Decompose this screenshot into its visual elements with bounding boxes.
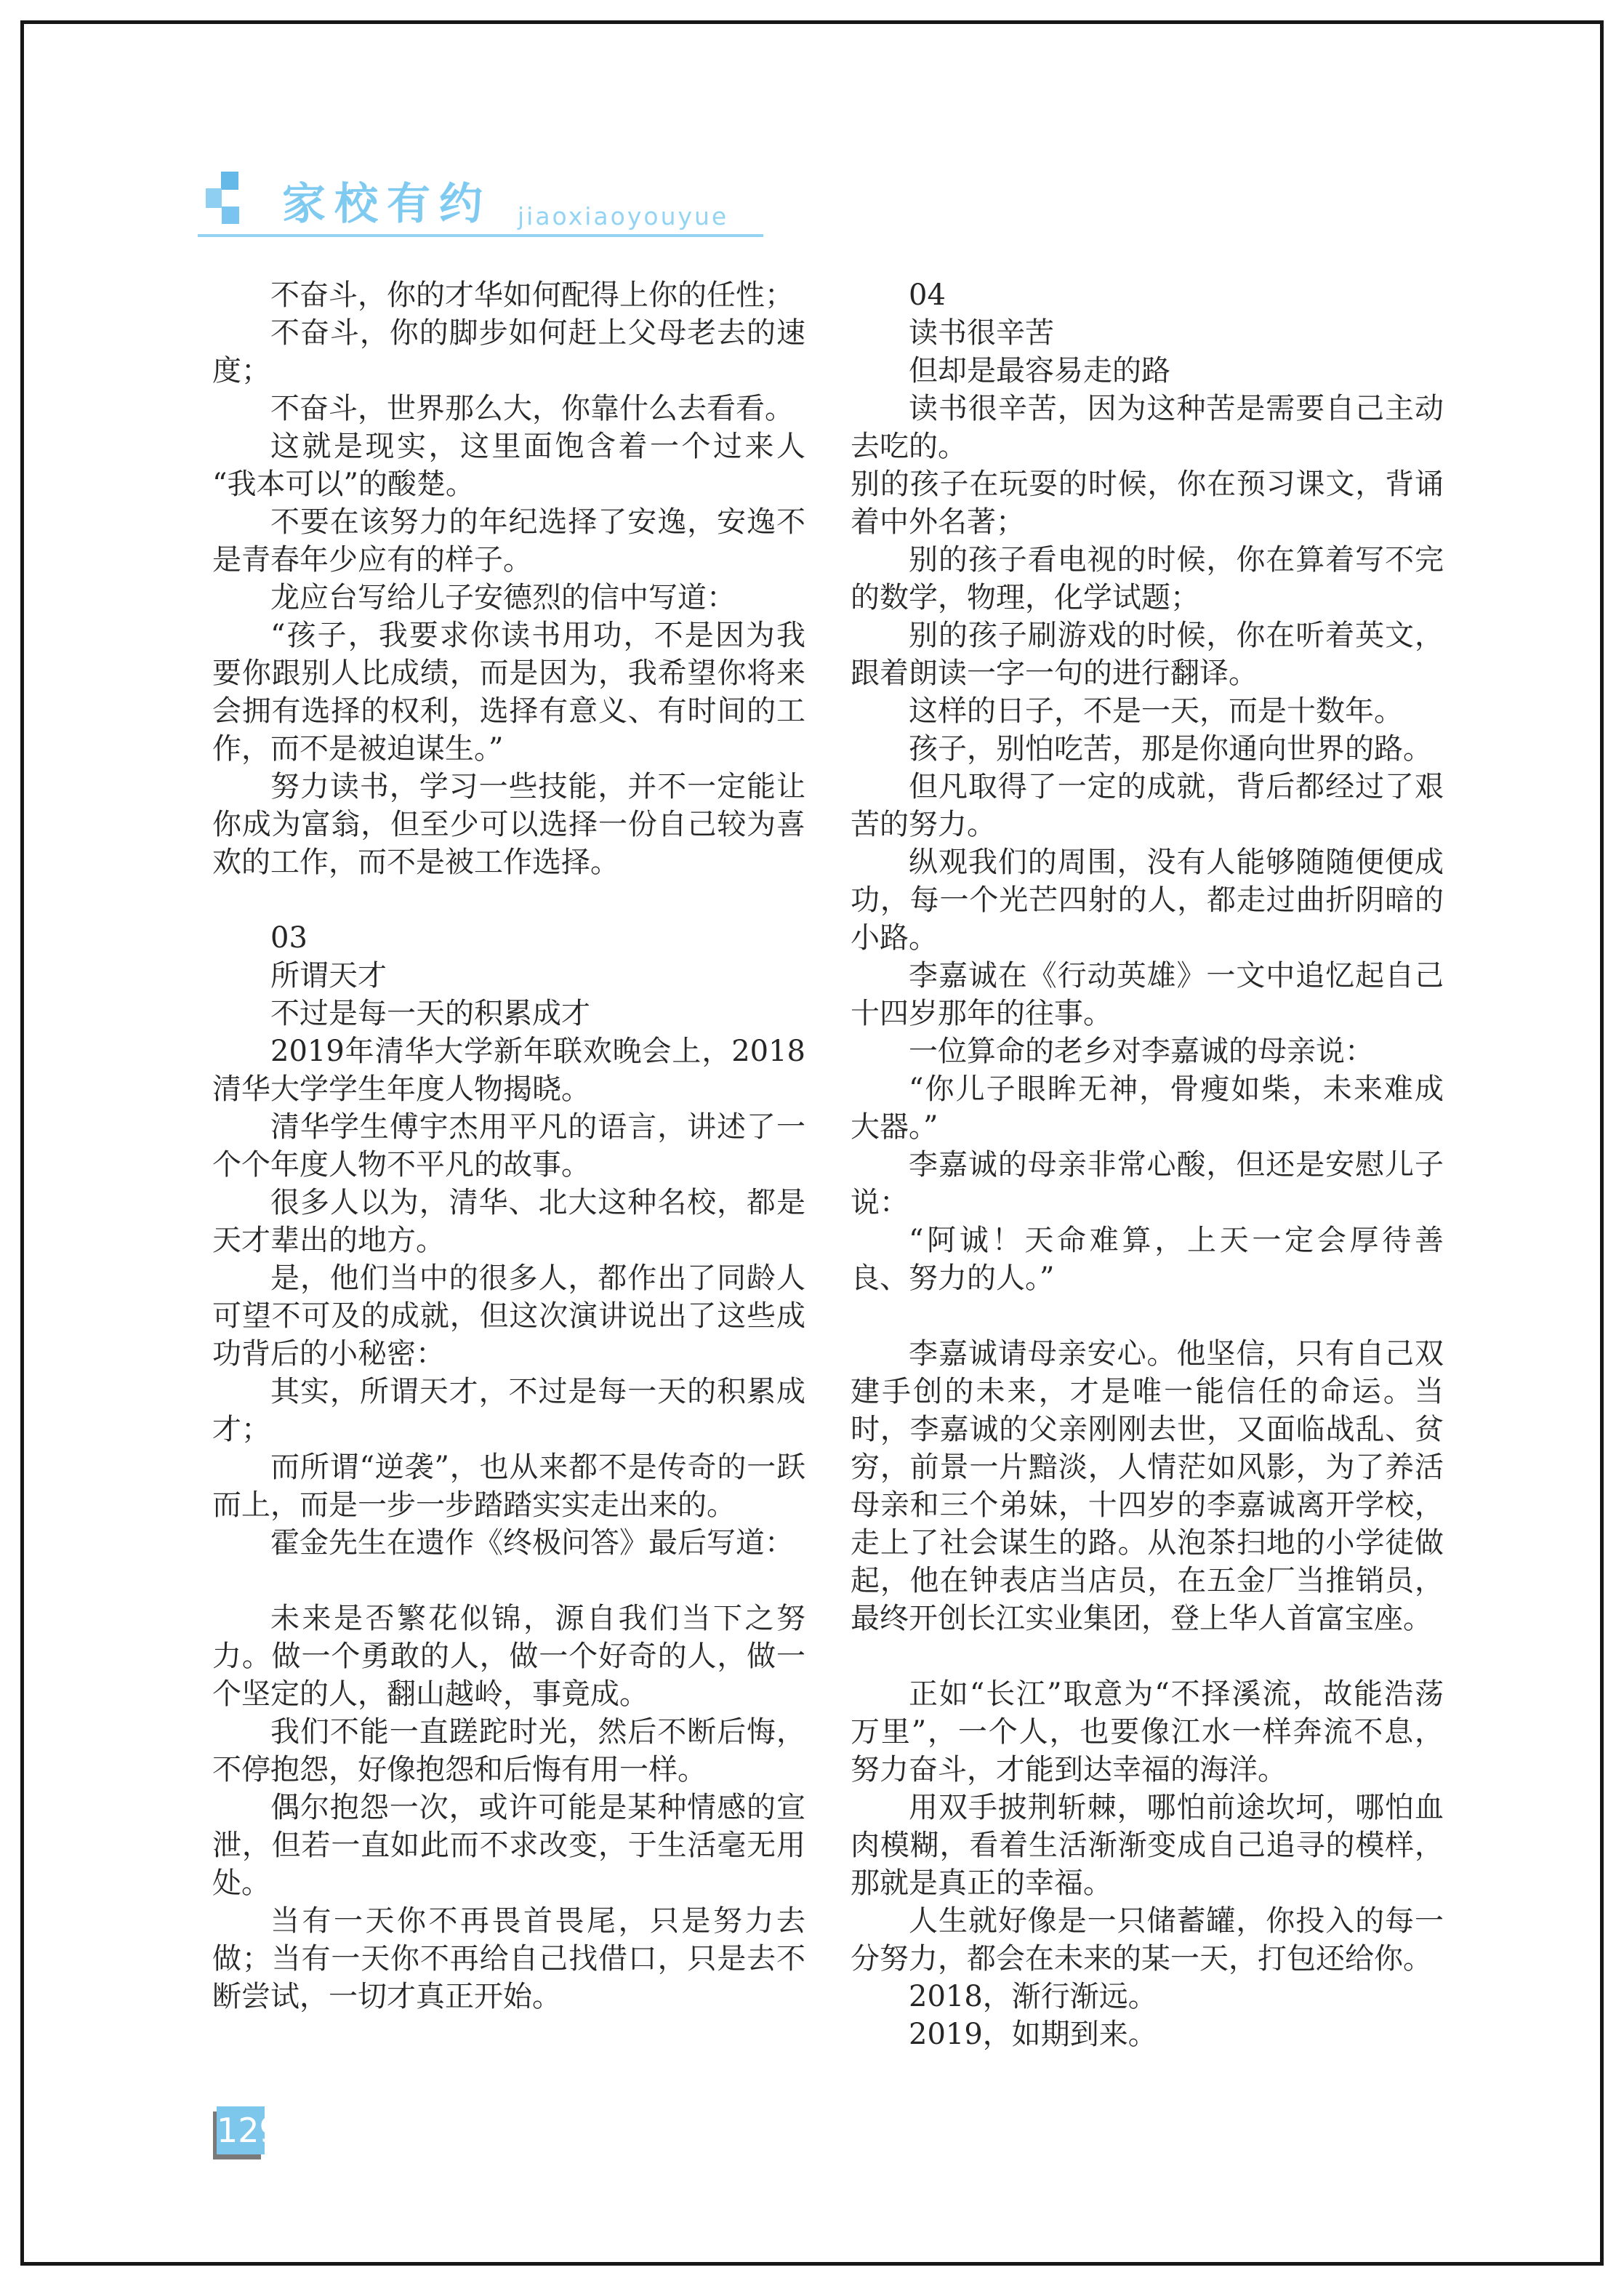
paragraph: “阿诚！天命难算，上天一定会厚待善良、努力的人。” bbox=[851, 1222, 1444, 1297]
paragraph: 不奋斗，你的才华如何配得上你的任性； bbox=[212, 276, 805, 314]
paragraph: “你儿子眼眸无神，骨瘦如柴，未来难成大器。” bbox=[851, 1070, 1444, 1146]
paragraph: 龙应台写给儿子安德烈的信中写道： bbox=[212, 579, 805, 617]
paragraph: 其实，所谓天才，不过是每一天的积累成才； bbox=[212, 1373, 805, 1448]
paragraph: 不过是每一天的积累成才 bbox=[212, 995, 805, 1032]
paragraph: 别的孩子刷游戏的时候，你在听着英文，跟着朗读一字一句的进行翻译。 bbox=[851, 617, 1444, 692]
paragraph: 人生就好像是一只储蓄罐，你投入的每一分努力，都会在未来的某一天，打包还给你。 bbox=[851, 1902, 1444, 1978]
paragraph: 这就是现实，这里面饱含着一个过来人“我本可以”的酸楚。 bbox=[212, 428, 805, 503]
paragraph: 李嘉诚的母亲非常心酸，但还是安慰儿子说： bbox=[851, 1146, 1444, 1222]
paragraph: 努力读书，学习一些技能，并不一定能让你成为富翁，但至少可以选择一份自己较为喜欢的… bbox=[212, 768, 805, 881]
paragraph: 正如“长江”取意为“不择溪流，故能浩荡万里”，一个人，也要像江水一样奔流不息，努… bbox=[851, 1675, 1444, 1789]
paragraph: 不要在该努力的年纪选择了安逸，安逸不是青春年少应有的样子。 bbox=[212, 503, 805, 579]
paragraph: 读书很辛苦，因为这种苦是需要自己主动去吃的。 bbox=[851, 390, 1444, 465]
paragraph: 读书很辛苦 bbox=[851, 314, 1444, 352]
paragraph: 未来是否繁花似锦，源自我们当下之努力。做一个勇敢的人，做一个好奇的人，做一个坚定… bbox=[212, 1600, 805, 1713]
three-squares-logo-icon bbox=[206, 172, 239, 224]
paragraph: 李嘉诚在《行动英雄》一文中追忆起自己十四岁那年的往事。 bbox=[851, 957, 1444, 1032]
paragraph: 纵观我们的周围，没有人能够随随便便成功，每一个光芒四射的人，都走过曲折阴暗的小路… bbox=[851, 843, 1444, 957]
paragraph: “孩子，我要求你读书用功，不是因为我要你跟别人比成绩，而是因为，我希望你将来会拥… bbox=[212, 617, 805, 768]
paragraph: 不奋斗，你的脚步如何赶上父母老去的速度； bbox=[212, 314, 805, 390]
header-underline bbox=[198, 234, 763, 237]
paragraph: 很多人以为，清华、北大这种名校，都是天才辈出的地方。 bbox=[212, 1184, 805, 1259]
paragraph: 这样的日子，不是一天，而是十数年。 bbox=[851, 692, 1444, 730]
paragraph: 而所谓“逆袭”，也从来都不是传奇的一跃而上，而是一步一步踏踏实实走出来的。 bbox=[212, 1448, 805, 1524]
paragraph: 是，他们当中的很多人，都作出了同龄人可望不可及的成就，但这次演讲说出了这些成功背… bbox=[212, 1259, 805, 1373]
page-number-badge: 129 bbox=[217, 2106, 265, 2154]
paragraph: 清华学生傅宇杰用平凡的语言，讲述了一个个年度人物不平凡的故事。 bbox=[212, 1108, 805, 1184]
magazine-page: 家校有约 jiaoxiaoyouyue 不奋斗，你的才华如何配得上你的任性；不奋… bbox=[0, 0, 1624, 2286]
paragraph: 但却是最容易走的路 bbox=[851, 352, 1444, 390]
section-title-pinyin: jiaoxiaoyouyue bbox=[518, 202, 728, 230]
left-column: 不奋斗，你的才华如何配得上你的任性；不奋斗，你的脚步如何赶上父母老去的速度；不奋… bbox=[212, 276, 805, 2016]
logo-square-bottom bbox=[222, 206, 239, 224]
paragraph: 2019，如期到来。 bbox=[851, 2016, 1444, 2053]
paragraph: 孩子，别怕吃苦，那是你通向世界的路。 bbox=[851, 730, 1444, 768]
paragraph: 2018，渐行渐远。 bbox=[851, 1978, 1444, 2016]
paragraph: 2019年清华大学新年联欢晚会上，2018清华大学学生年度人物揭晓。 bbox=[212, 1032, 805, 1108]
paragraph: 不奋斗，世界那么大，你靠什么去看看。 bbox=[212, 390, 805, 428]
paragraph: 当有一天你不再畏首畏尾，只是努力去做；当有一天你不再给自己找借口，只是去不断尝试… bbox=[212, 1902, 805, 2016]
paragraph: 李嘉诚请母亲安心。他坚信，只有自己双建手创的未来，才是唯一能信任的命运。当时，李… bbox=[851, 1335, 1444, 1637]
paragraph: 一位算命的老乡对李嘉诚的母亲说： bbox=[851, 1032, 1444, 1070]
paragraph: 用双手披荆斩棘，哪怕前途坎坷，哪怕血肉模糊，看着生活渐渐变成自己追寻的模样，那就… bbox=[851, 1789, 1444, 1902]
paragraph: 偶尔抱怨一次，或许可能是某种情感的宣泄，但若一直如此而不求改变，于生活毫无用处。 bbox=[212, 1789, 805, 1902]
paragraph: 03 bbox=[212, 919, 805, 957]
logo-square-top bbox=[221, 172, 238, 190]
right-column: 04读书很辛苦但却是最容易走的路读书很辛苦，因为这种苦是需要自己主动去吃的。别的… bbox=[851, 276, 1444, 2053]
paragraph: 别的孩子看电视的时候，你在算着写不完的数学，物理，化学试题； bbox=[851, 541, 1444, 617]
paragraph: 所谓天才 bbox=[212, 957, 805, 995]
paragraph: 04 bbox=[851, 276, 1444, 314]
paragraph: 但凡取得了一定的成就，背后都经过了艰苦的努力。 bbox=[851, 768, 1444, 843]
paragraph: 我们不能一直蹉跎时光，然后不断后悔，不停抱怨，好像抱怨和后悔有用一样。 bbox=[212, 1713, 805, 1789]
section-title: 家校有约 bbox=[282, 180, 491, 228]
logo-square-left bbox=[206, 188, 222, 208]
paragraph: 霍金先生在遗作《终极问答》最后写道： bbox=[212, 1524, 805, 1562]
paragraph: 别的孩子在玩耍的时候，你在预习课文，背诵着中外名著； bbox=[851, 465, 1444, 541]
